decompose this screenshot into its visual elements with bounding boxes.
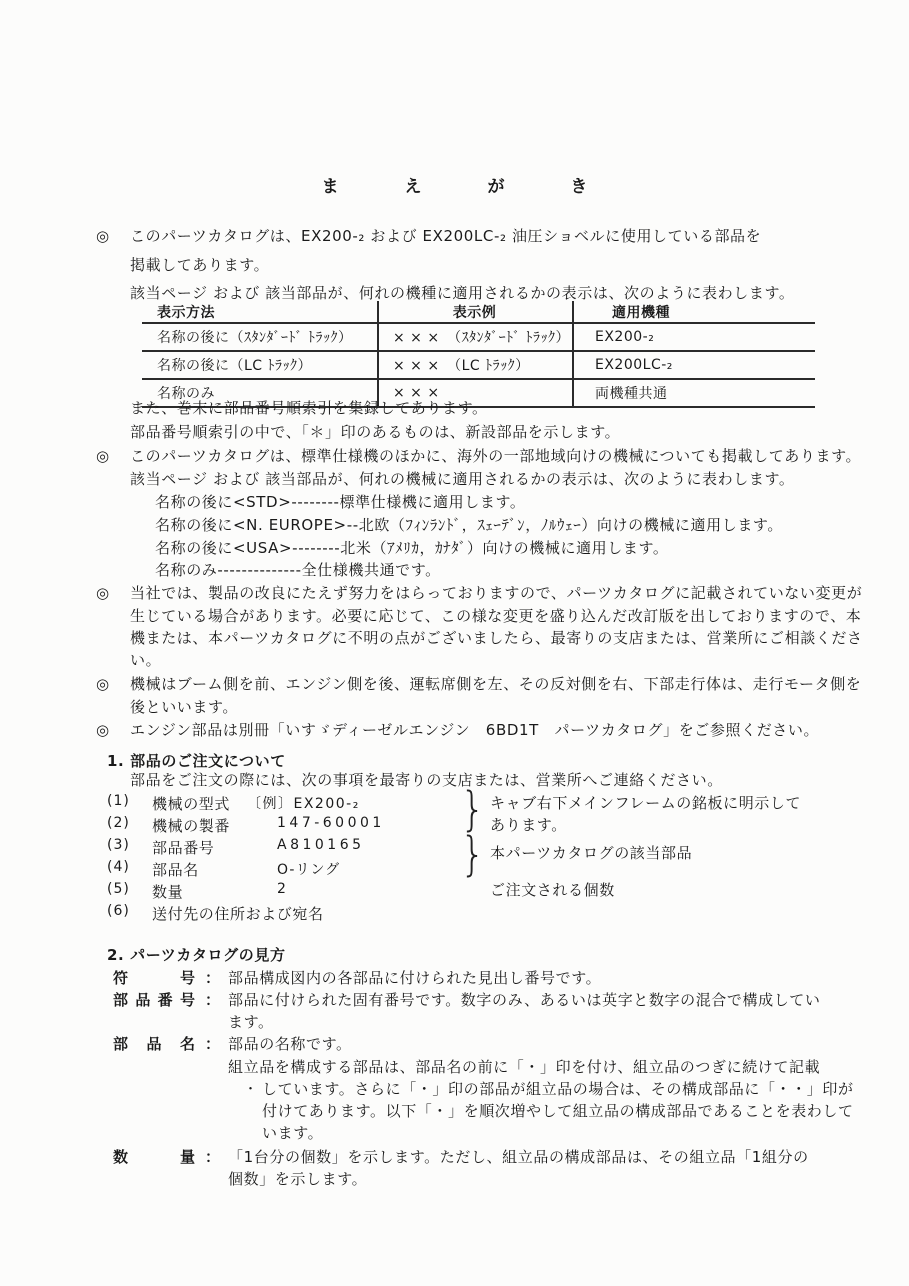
quantity-note: ご注文される個数: [490, 879, 615, 900]
definition-term: 部品名: [113, 1033, 195, 1054]
document-page: ま え が き ◎ このパーツカタログは、EX200-₂ および EX200LC…: [0, 0, 909, 1286]
bullet-marker: ◎: [96, 722, 109, 739]
definition-colon: ：: [205, 989, 220, 1010]
item-label: 機械の型式: [152, 793, 230, 814]
table-cell: 両機種共通: [595, 383, 668, 403]
bullet-marker: ◎: [96, 585, 109, 602]
table-cell: × × × （LC ﾄﾗｯｸ）: [393, 355, 530, 375]
definition-line: 個数」を示します。: [228, 1168, 367, 1189]
orientation-line: 機械はブーム側を前、エンジン側を後、運転席側を左、その反対側を右、下部走行体は、…: [130, 676, 861, 693]
applicability-table: 表示方法 表示例 適用機種 名称の後に（ｽﾀﾝﾀﾞｰﾄﾞ ﾄﾗｯｸ） × × ×…: [142, 301, 815, 408]
section-heading-ordering: 1. 部品のご注文について: [107, 750, 286, 771]
definition-colon: ：: [205, 1146, 220, 1167]
variant-line: 名称の後に<N. EUROPE>--北欧（ﾌｨﾝﾗﾝﾄﾞ，ｽｪｰﾃﾞﾝ，ﾉﾙｳｪ…: [155, 517, 783, 534]
brace-note: 本パーツカタログの該当部品: [490, 842, 692, 863]
table-cell: × × × （ｽﾀﾝﾀﾞｰﾄﾞ ﾄﾗｯｸ）: [393, 327, 570, 347]
item-number: (3): [107, 837, 130, 853]
definition-line: 付けてあります。以下「・」を順次増やして組立品の構成部品であることを表わして: [262, 1100, 854, 1121]
table-column-divider: [572, 301, 574, 408]
table-column-divider: [377, 301, 379, 408]
item-number: (1): [107, 793, 130, 809]
item-number: (4): [107, 859, 130, 875]
definition-line: ます。: [228, 1011, 274, 1032]
item-label: 機械の製番: [152, 815, 230, 836]
section-heading-reading: 2. パーツカタログの見方: [107, 944, 286, 965]
table-row: 名称の後に（LC ﾄﾗｯｸ） × × × （LC ﾄﾗｯｸ） EX200LC-₂: [142, 352, 815, 380]
item-value: 147-60001: [277, 815, 385, 831]
item-number: (5): [107, 881, 130, 897]
definition-line: 部品に付けられた固有番号です。数字のみ、あるいは英字と数字の混合で構成してい: [228, 989, 821, 1010]
intro-line: 該当ページ および 該当部品が、何れの機種に適用されるかの表示は、次のように表わ…: [130, 285, 794, 302]
definition-line: います。: [262, 1122, 323, 1143]
table-header: 適用機種: [612, 302, 670, 322]
item-label: 数量: [152, 881, 183, 902]
revision-line: 当社では、製品の改良にたえず努力をはらっておりますので、パーツカタログに記載され…: [130, 585, 862, 602]
item-label: 送付先の住所および宛名: [152, 903, 324, 924]
definition-term: 符号: [113, 967, 195, 988]
page-title: ま え が き: [0, 172, 909, 197]
bullet-marker: ◎: [96, 228, 109, 245]
item-value: O-リング: [277, 859, 340, 879]
variant-line: 名称の後に<STD>--------標準仕様機に適用します。: [155, 494, 525, 511]
definition-term: 部品番号: [113, 989, 195, 1010]
definition-line: 組立品を構成する部品は、部品名の前に「・」印を付け、組立品のつぎに続けて記載: [228, 1056, 820, 1077]
intro-line: 掲載してあります。: [130, 257, 269, 274]
variant-line: 名称のみ--------------全仕様機共通です。: [155, 562, 441, 579]
bullet-marker: ◎: [96, 448, 109, 465]
definition-colon: ：: [205, 967, 220, 988]
table-cell: 名称の後に（ｽﾀﾝﾀﾞｰﾄﾞ ﾄﾗｯｸ）: [157, 327, 352, 347]
definition-line: しています。さらに「・」印の部品が組立品の場合は、その構成部品に「・・」印が: [262, 1078, 854, 1099]
table-header: 表示例: [377, 302, 572, 322]
assembly-dot: ・: [244, 1078, 257, 1097]
note-line: また、巻末に部品番号順索引を集録してあります。: [130, 400, 488, 417]
item-value: 2: [277, 881, 289, 897]
brace-note: あります。: [490, 814, 567, 835]
item-number: (6): [107, 903, 130, 919]
revision-line: 生じている場合があります。必要に応じて、この様な変更を盛り込んだ改訂版を出してお…: [130, 608, 861, 625]
item-label: 部品番号: [152, 837, 214, 858]
definition-line: 「1台分の個数」を示します。ただし、組立品の構成部品は、その組立品「1組分の: [228, 1146, 809, 1167]
revision-line: 機または、本パーツカタログに不明の点がございましたら、最寄りの支店または、営業所…: [130, 630, 863, 647]
brace-note: キャブ右下メインフレームの銘板に明示して: [490, 792, 801, 813]
region-line: このパーツカタログは、標準仕様機のほかに、海外の一部地域向けの機械についても掲載…: [130, 448, 861, 465]
item-label: 部品名: [152, 859, 199, 880]
definition-colon: ：: [205, 1033, 220, 1054]
variant-line: 名称の後に<USA>--------北米（ｱﾒﾘｶ，ｶﾅﾀﾞ）向けの機械に適用し…: [155, 540, 668, 557]
intro-line: このパーツカタログは、EX200-₂ および EX200LC-₂ 油圧ショベルに…: [130, 228, 761, 245]
item-value: A810165: [277, 837, 365, 853]
orientation-line: 後といいます。: [130, 699, 238, 716]
engine-line: エンジン部品は別冊「いすゞディーゼルエンジン 6BD1T パーツカタログ」をご参…: [130, 722, 819, 739]
table-cell: 名称の後に（LC ﾄﾗｯｸ）: [157, 355, 312, 375]
definition-line: 部品構成図内の各部品に付けられた見出し番号です。: [228, 967, 601, 988]
table-row: 名称の後に（ｽﾀﾝﾀﾞｰﾄﾞ ﾄﾗｯｸ） × × × （ｽﾀﾝﾀﾞｰﾄﾞ ﾄﾗｯ…: [142, 324, 815, 352]
definition-term: 数量: [113, 1146, 195, 1167]
table-header: 表示方法: [157, 302, 215, 322]
brace: }: [460, 827, 485, 881]
item-value: 〔例〕EX200-₂: [247, 793, 360, 813]
definition-line: 部品の名称です。: [228, 1033, 352, 1054]
note-line: 部品番号順索引の中で、「＊」印のあるものは、新設部品を示します。: [130, 424, 620, 441]
table-cell: EX200LC-₂: [595, 357, 673, 373]
bullet-marker: ◎: [96, 676, 109, 693]
table-cell: EX200-₂: [595, 329, 654, 345]
ordering-intro: 部品をご注文の際には、次の事項を最寄りの支店または、営業所へご連絡ください。: [130, 772, 723, 789]
revision-line: い。: [130, 652, 161, 669]
region-line: 該当ページ および 該当部品が、何れの機械に適用されるかの表示は、次のように表わ…: [130, 471, 794, 488]
table-header-row: 表示方法 表示例 適用機種: [142, 301, 815, 324]
item-number: (2): [107, 815, 130, 831]
